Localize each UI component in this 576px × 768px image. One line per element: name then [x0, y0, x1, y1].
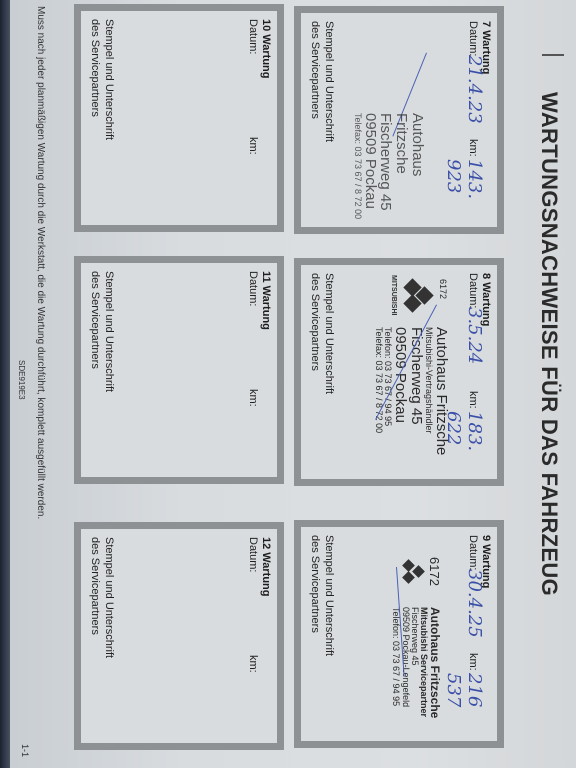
date-label: Datum:: [247, 537, 259, 572]
maintenance-box-11: 11 Wartung Datum: km: Stempel und Unters…: [74, 256, 284, 484]
stamp-label: des Servicepartners: [89, 19, 101, 117]
page-title: WARTUNGSNACHWEISE FÜR DAS FAHRZEUG: [536, 92, 562, 596]
stamp-label: Stempel und Unterschrift: [103, 271, 115, 392]
footer-note: Muss nach jeder planmäßigen Wartung durc…: [35, 6, 46, 519]
date-label: Datum:: [467, 535, 479, 570]
title-divider: [542, 54, 564, 56]
km-label: km:: [247, 137, 259, 155]
mitsubishi-logo-icon: MITSUBISHI: [397, 279, 431, 313]
km-value[interactable]: 216 537: [443, 673, 485, 741]
date-label: Datum:: [467, 21, 479, 56]
dealer-number: 6172: [427, 557, 441, 586]
date-label: Datum:: [247, 271, 259, 306]
document-code: SDE919E3: [17, 360, 26, 400]
km-label: km:: [247, 655, 259, 673]
stamp-label: des Servicepartners: [89, 271, 101, 369]
dealer-stamp: Autohaus Fritzsche Fischerweg 45 09509 P…: [353, 113, 425, 227]
page-number: 1-1: [20, 744, 30, 757]
date-value[interactable]: 30.4.25: [464, 569, 485, 638]
stamp-label: Stempel und Unterschrift: [323, 21, 335, 142]
entry-heading: 12 Wartung: [260, 537, 272, 597]
stamp-label: des Servicepartners: [89, 537, 101, 635]
entry-heading: 10 Wartung: [260, 19, 272, 79]
dealer-stamp: Autohaus Fritzsche Mitsubishi-Vertragshä…: [373, 327, 449, 455]
stamp-label: des Servicepartners: [309, 273, 321, 371]
maintenance-box-10: 10 Wartung Datum: km: Stempel und Unters…: [74, 4, 284, 232]
stamp-label: Stempel und Unterschrift: [323, 273, 335, 394]
km-label: km:: [247, 389, 259, 407]
km-value[interactable]: 143. 923: [443, 159, 485, 227]
stamp-label: Stempel und Unterschrift: [323, 535, 335, 656]
date-value[interactable]: 21.4.23: [464, 55, 485, 124]
date-label: Datum:: [467, 273, 479, 308]
stamp-label: des Servicepartners: [309, 535, 321, 633]
km-label: km:: [467, 391, 479, 409]
maintenance-box-8: 8 Wartung Datum: 3.5.24 km: 183. 622 617…: [294, 258, 504, 486]
dealer-stamp: Autohaus Fritzsche Mitsubishi Servicepar…: [391, 607, 441, 718]
stamp-label: Stempel und Unterschrift: [103, 19, 115, 140]
dealer-number: 6172: [438, 279, 447, 299]
date-value[interactable]: 3.5.24: [464, 307, 485, 364]
stamp-label: des Servicepartners: [309, 21, 321, 119]
km-label: km:: [467, 139, 479, 157]
rotated-page: WARTUNGSNACHWEISE FÜR DAS FAHRZEUG 7 War…: [0, 0, 576, 768]
date-label: Datum:: [247, 19, 259, 54]
mitsubishi-logo-icon: [389, 557, 423, 591]
km-label: km:: [467, 653, 479, 671]
stamp-label: Stempel und Unterschrift: [103, 537, 115, 658]
maintenance-box-7: 7 Wartung Datum: 21.4.23 km: 143. 923 Au…: [294, 6, 504, 234]
entry-heading: 11 Wartung: [260, 271, 272, 330]
maintenance-box-9: 9 Wartung Datum: 30.4.25 km: 216 537 617…: [294, 520, 504, 748]
maintenance-box-12: 12 Wartung Datum: km: Stempel und Unters…: [74, 522, 284, 750]
